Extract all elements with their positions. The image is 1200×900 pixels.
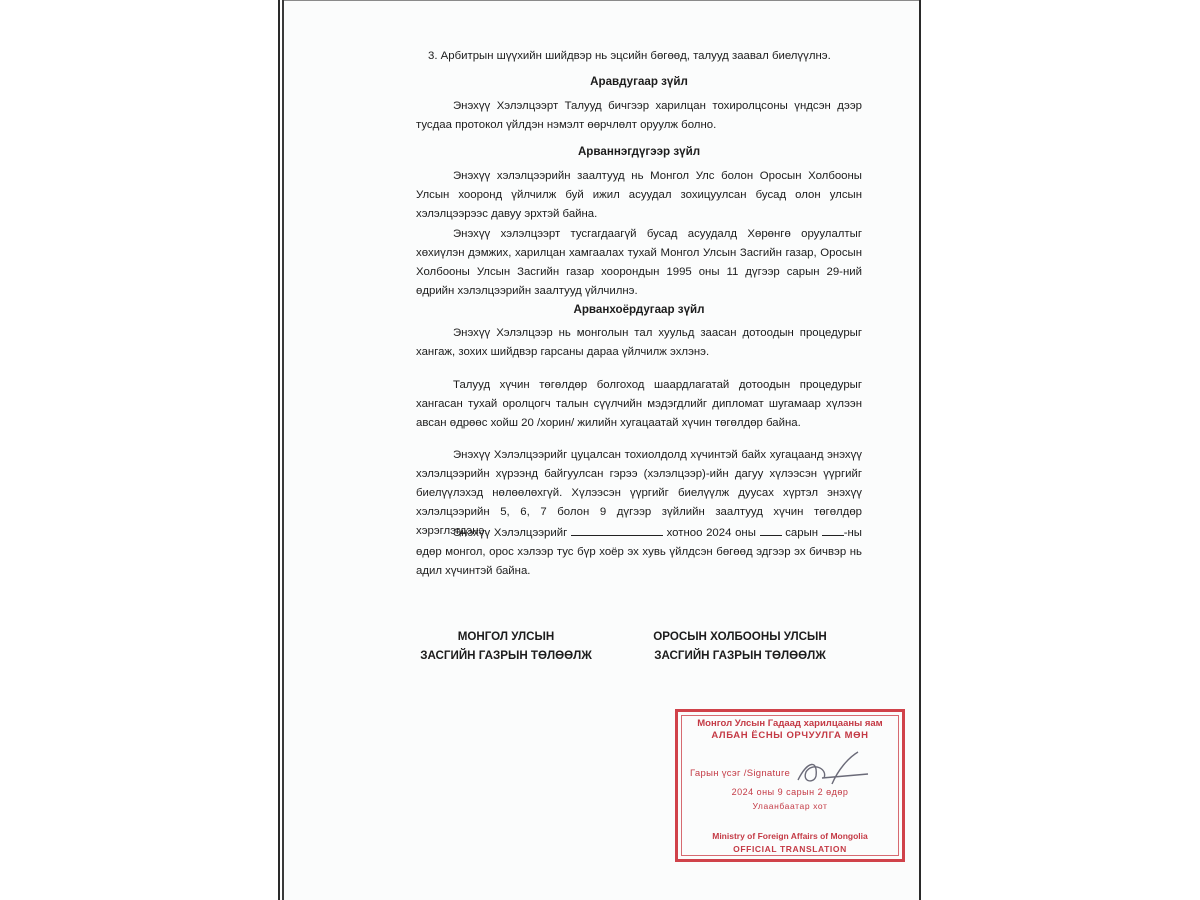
signature-left-line-2: ЗАСГИЙН ГАЗРЫН ТӨЛӨӨЛЖ	[396, 646, 616, 665]
section-heading-11: Арваннэгдүгээр зүйл	[416, 142, 862, 161]
stamp-official-mn: АЛБАН ЁСНЫ ОРЧУУЛГА МӨН	[678, 730, 902, 741]
stamp-official-en: OFFICIAL TRANSLATION	[678, 844, 902, 854]
page-border-right	[919, 0, 921, 900]
signature-right-line-2: ЗАСГИЙН ГАЗРЫН ТӨЛӨӨЛЖ	[630, 646, 850, 665]
blank-month	[760, 525, 782, 536]
signature-left-line-1: МОНГОЛ УЛСЫН	[396, 627, 616, 646]
blank-city	[571, 525, 663, 536]
section-12-paragraph-1: Энэхүү Хэлэлцээр нь монголын тал хуульд …	[416, 324, 862, 362]
section-heading-10: Аравдугаар зүйл	[416, 72, 862, 91]
stamp-date: 2024 оны 9 сарын 2 өдөр	[678, 787, 902, 797]
section-heading-12: Арванхоёрдугаар зүйл	[416, 300, 862, 319]
page-border-left	[278, 0, 280, 900]
signature-right-line-1: ОРОСЫН ХОЛБООНЫ УЛСЫН	[630, 627, 850, 646]
stamp-city: Улаанбаатар хот	[678, 801, 902, 811]
closing-part-1: Энэхүү Хэлэлцээрийг	[453, 527, 567, 539]
closing-part-3: сарын	[785, 527, 818, 539]
blank-day	[822, 525, 844, 536]
closing-part-2: хотноо 2024 оны	[667, 527, 756, 539]
stamp-ministry-en: Ministry of Foreign Affairs of Mongolia	[678, 831, 902, 841]
closing-paragraph: Энэхүү Хэлэлцээрийг хотноо 2024 оны сары…	[416, 524, 862, 581]
official-translation-stamp: Монгол Улсын Гадаад харилцааны яам АЛБАН…	[675, 709, 905, 862]
signature-block-mongolia: МОНГОЛ УЛСЫН ЗАСГИЙН ГАЗРЫН ТӨЛӨӨЛЖ	[396, 627, 616, 665]
signature-block-russia: ОРОСЫН ХОЛБООНЫ УЛСЫН ЗАСГИЙН ГАЗРЫН ТӨЛ…	[630, 627, 850, 665]
handwritten-signature-icon	[788, 750, 878, 790]
section-12-paragraph-2: Талууд хүчин төгөлдөр болгоход шаардлага…	[416, 376, 862, 433]
section-10-paragraph-1: Энэхүү Хэлэлцээрт Талууд бичгээр харилца…	[416, 97, 862, 135]
section-11-paragraph-1: Энэхүү хэлэлцээрийн заалтууд нь Монгол У…	[416, 167, 862, 224]
stamp-ministry-mn: Монгол Улсын Гадаад харилцааны яам	[678, 718, 902, 729]
section-11-paragraph-2: Энэхүү хэлэлцээрт тусгагдаагүй бусад асу…	[416, 225, 862, 301]
item-3: 3. Арбитрын шүүхийн шийдвэр нь эцсийн бө…	[428, 47, 831, 66]
